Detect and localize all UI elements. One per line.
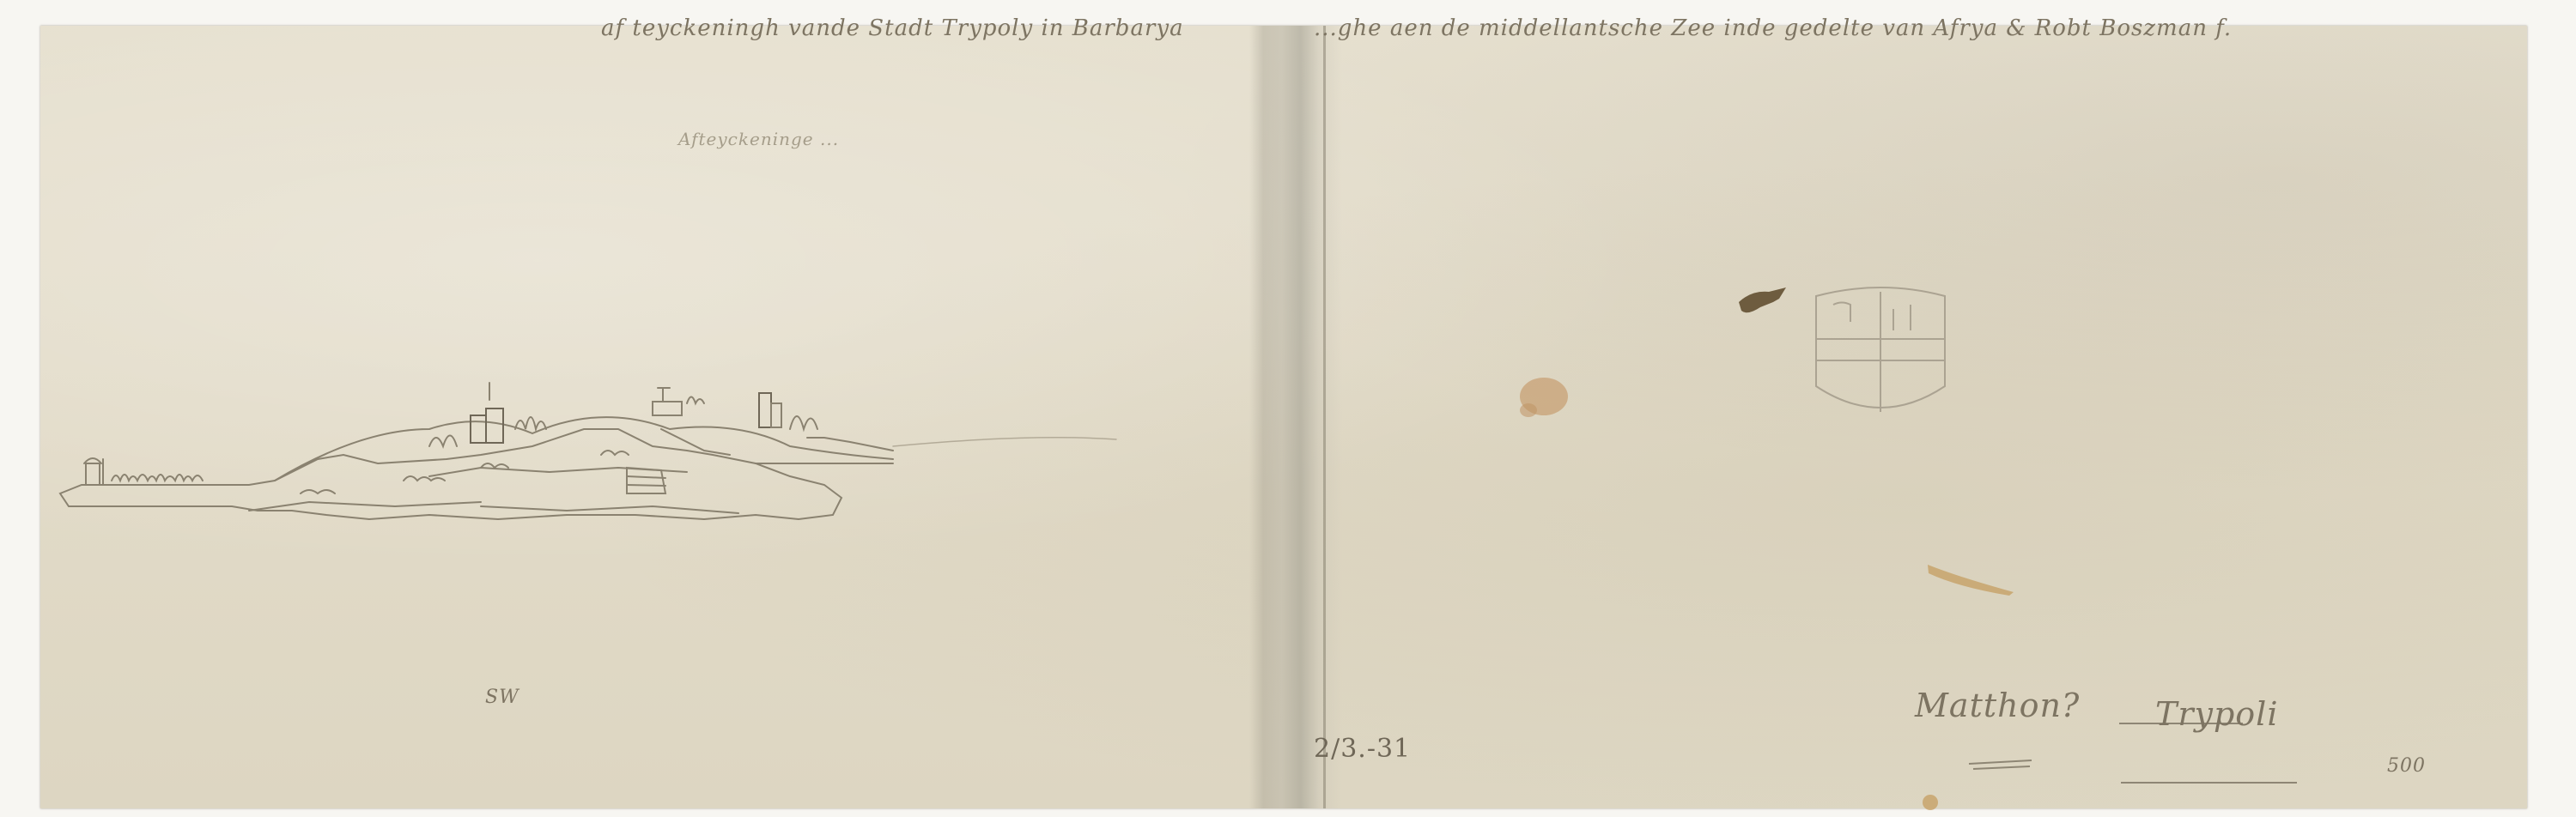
inscription-title-left: af teyckeningh vande Stadt Trypoly in Ba… xyxy=(601,15,1184,41)
drip-stain xyxy=(1928,565,2014,596)
fort-wall xyxy=(627,468,665,493)
inscription-title-right: ...ghe aen de middellantsche Zee inde ge… xyxy=(1314,15,2232,41)
ink-blot xyxy=(1739,287,1786,312)
faint-pencil-note: Afteyckeninge ... xyxy=(678,129,839,149)
hill xyxy=(275,417,893,481)
collector-mark: SW xyxy=(485,687,519,708)
shoreline xyxy=(60,429,841,519)
tower-1 xyxy=(471,415,486,443)
coat-of-arms xyxy=(1816,287,1945,412)
inventory-number: 2/3.-31 xyxy=(1314,734,1411,764)
attribution-place: Trypoli xyxy=(2155,695,2279,733)
tower-3 xyxy=(759,393,771,427)
attribution-number: 500 xyxy=(2387,755,2426,777)
tower-2 xyxy=(486,408,503,443)
attribution-name: Matthon? xyxy=(1915,687,2080,724)
